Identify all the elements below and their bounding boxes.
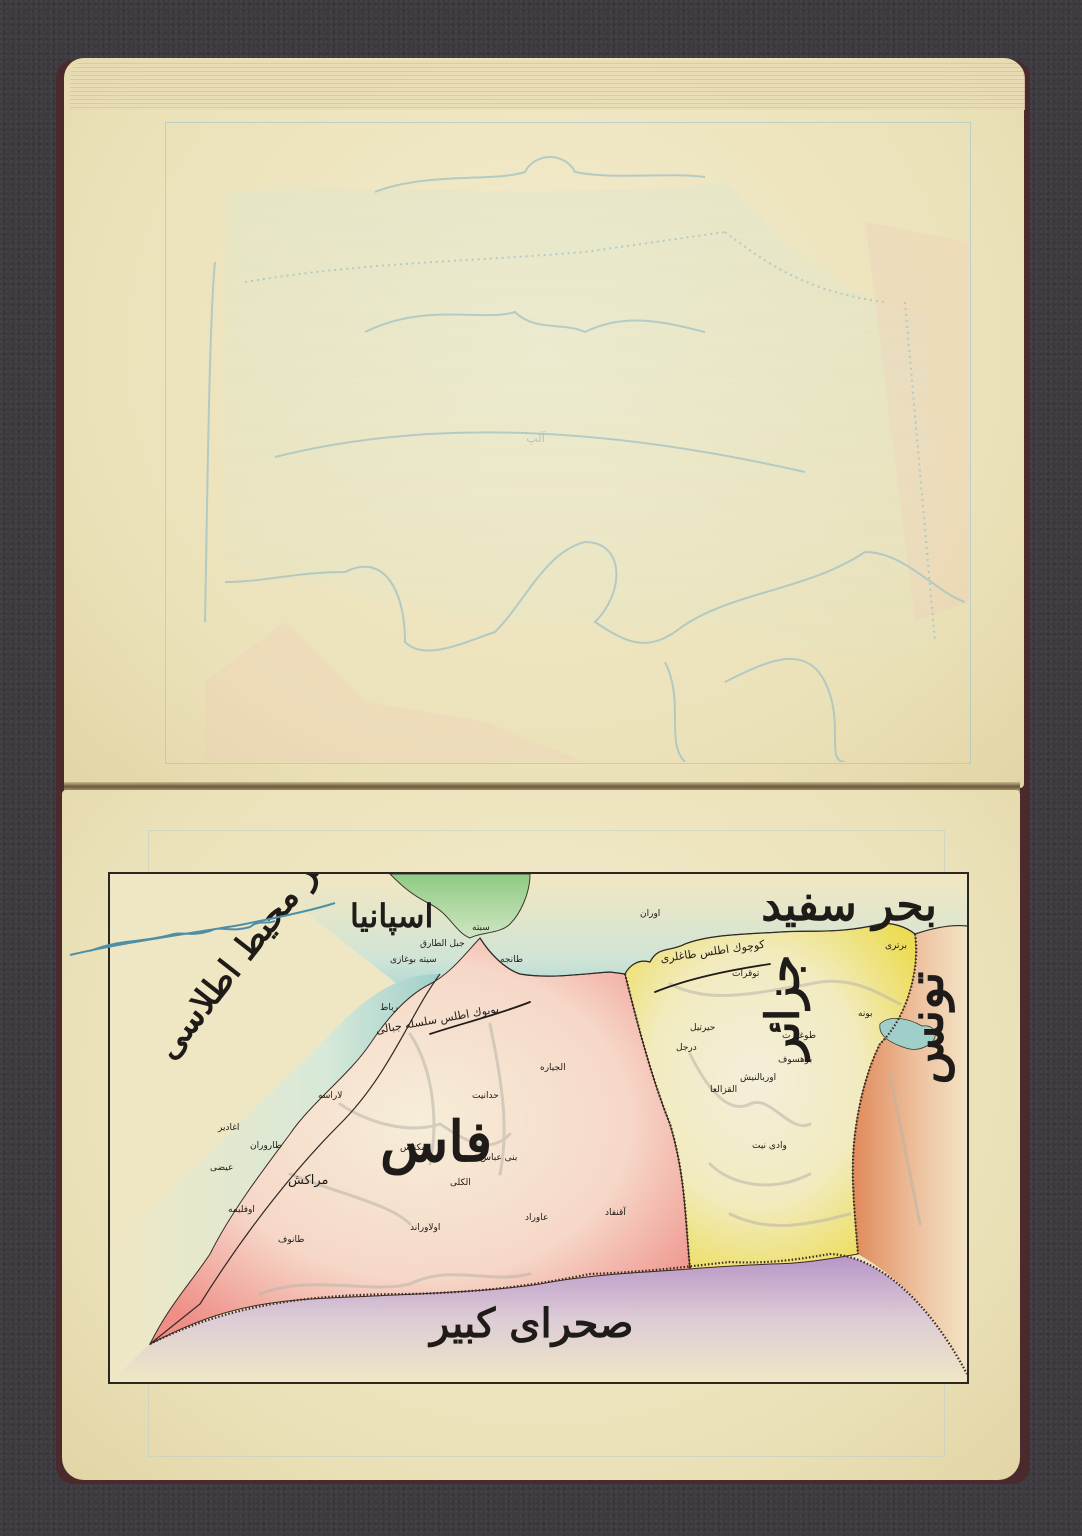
page-edges [70, 60, 1025, 110]
city-label: لاراسه [318, 1092, 342, 1101]
city-label: رباط [380, 1004, 398, 1013]
city-label: حيرتيل [690, 1024, 715, 1033]
city-label: اوفليمه [228, 1206, 255, 1215]
city-label: برهسوف [778, 1056, 812, 1065]
city-label: جبل الطارق [420, 940, 465, 949]
city-label: اوربالنيش [740, 1074, 776, 1083]
city-label: درجل [676, 1044, 697, 1053]
city-label: الجياره [540, 1064, 566, 1073]
city-label: بونه [858, 1010, 872, 1019]
city-label: اغادير [218, 1124, 239, 1133]
city-label: اولاوراند [410, 1224, 440, 1233]
city-label: بنی عباس [480, 1154, 517, 1163]
city-label: وادی نيت [752, 1142, 787, 1151]
blue-pencil-scrawl [60, 895, 340, 965]
label-fas: فاس [380, 1114, 492, 1170]
city-label: حدانيت [472, 1092, 499, 1101]
label-ispanya: اسپانیا [350, 900, 433, 932]
ghost-label-alp: آلپ [526, 430, 545, 445]
label-tunus: تونس [902, 972, 950, 1085]
city-label: مراكش [288, 1174, 329, 1187]
city-label: برتری [885, 942, 907, 951]
city-label: طوغورت [782, 1032, 816, 1041]
ghost-map-bleedthrough: آلپ [165, 122, 969, 762]
label-sahra-kebir: صحرای کبیر [430, 1304, 633, 1344]
city-label: سيته بوغازی [390, 956, 437, 965]
city-label: مكناس [400, 1144, 426, 1153]
city-label: توقرات [732, 970, 759, 979]
city-label: اوران [640, 910, 660, 919]
city-label: عاوراد [525, 1214, 548, 1223]
city-label: القزالعا [710, 1086, 737, 1095]
city-label: طانجه [500, 956, 523, 965]
city-label: عيضی [210, 1164, 233, 1173]
city-label: الكلی [450, 1179, 471, 1188]
city-label: سبته [472, 924, 490, 933]
city-label: طانوف [278, 1236, 304, 1245]
city-label: آقنفاد [605, 1209, 626, 1218]
label-bahr-sefid: بحر سفید [761, 884, 937, 928]
label-cezayir: جزائر [759, 955, 805, 1060]
city-label: طاروران [250, 1142, 282, 1151]
